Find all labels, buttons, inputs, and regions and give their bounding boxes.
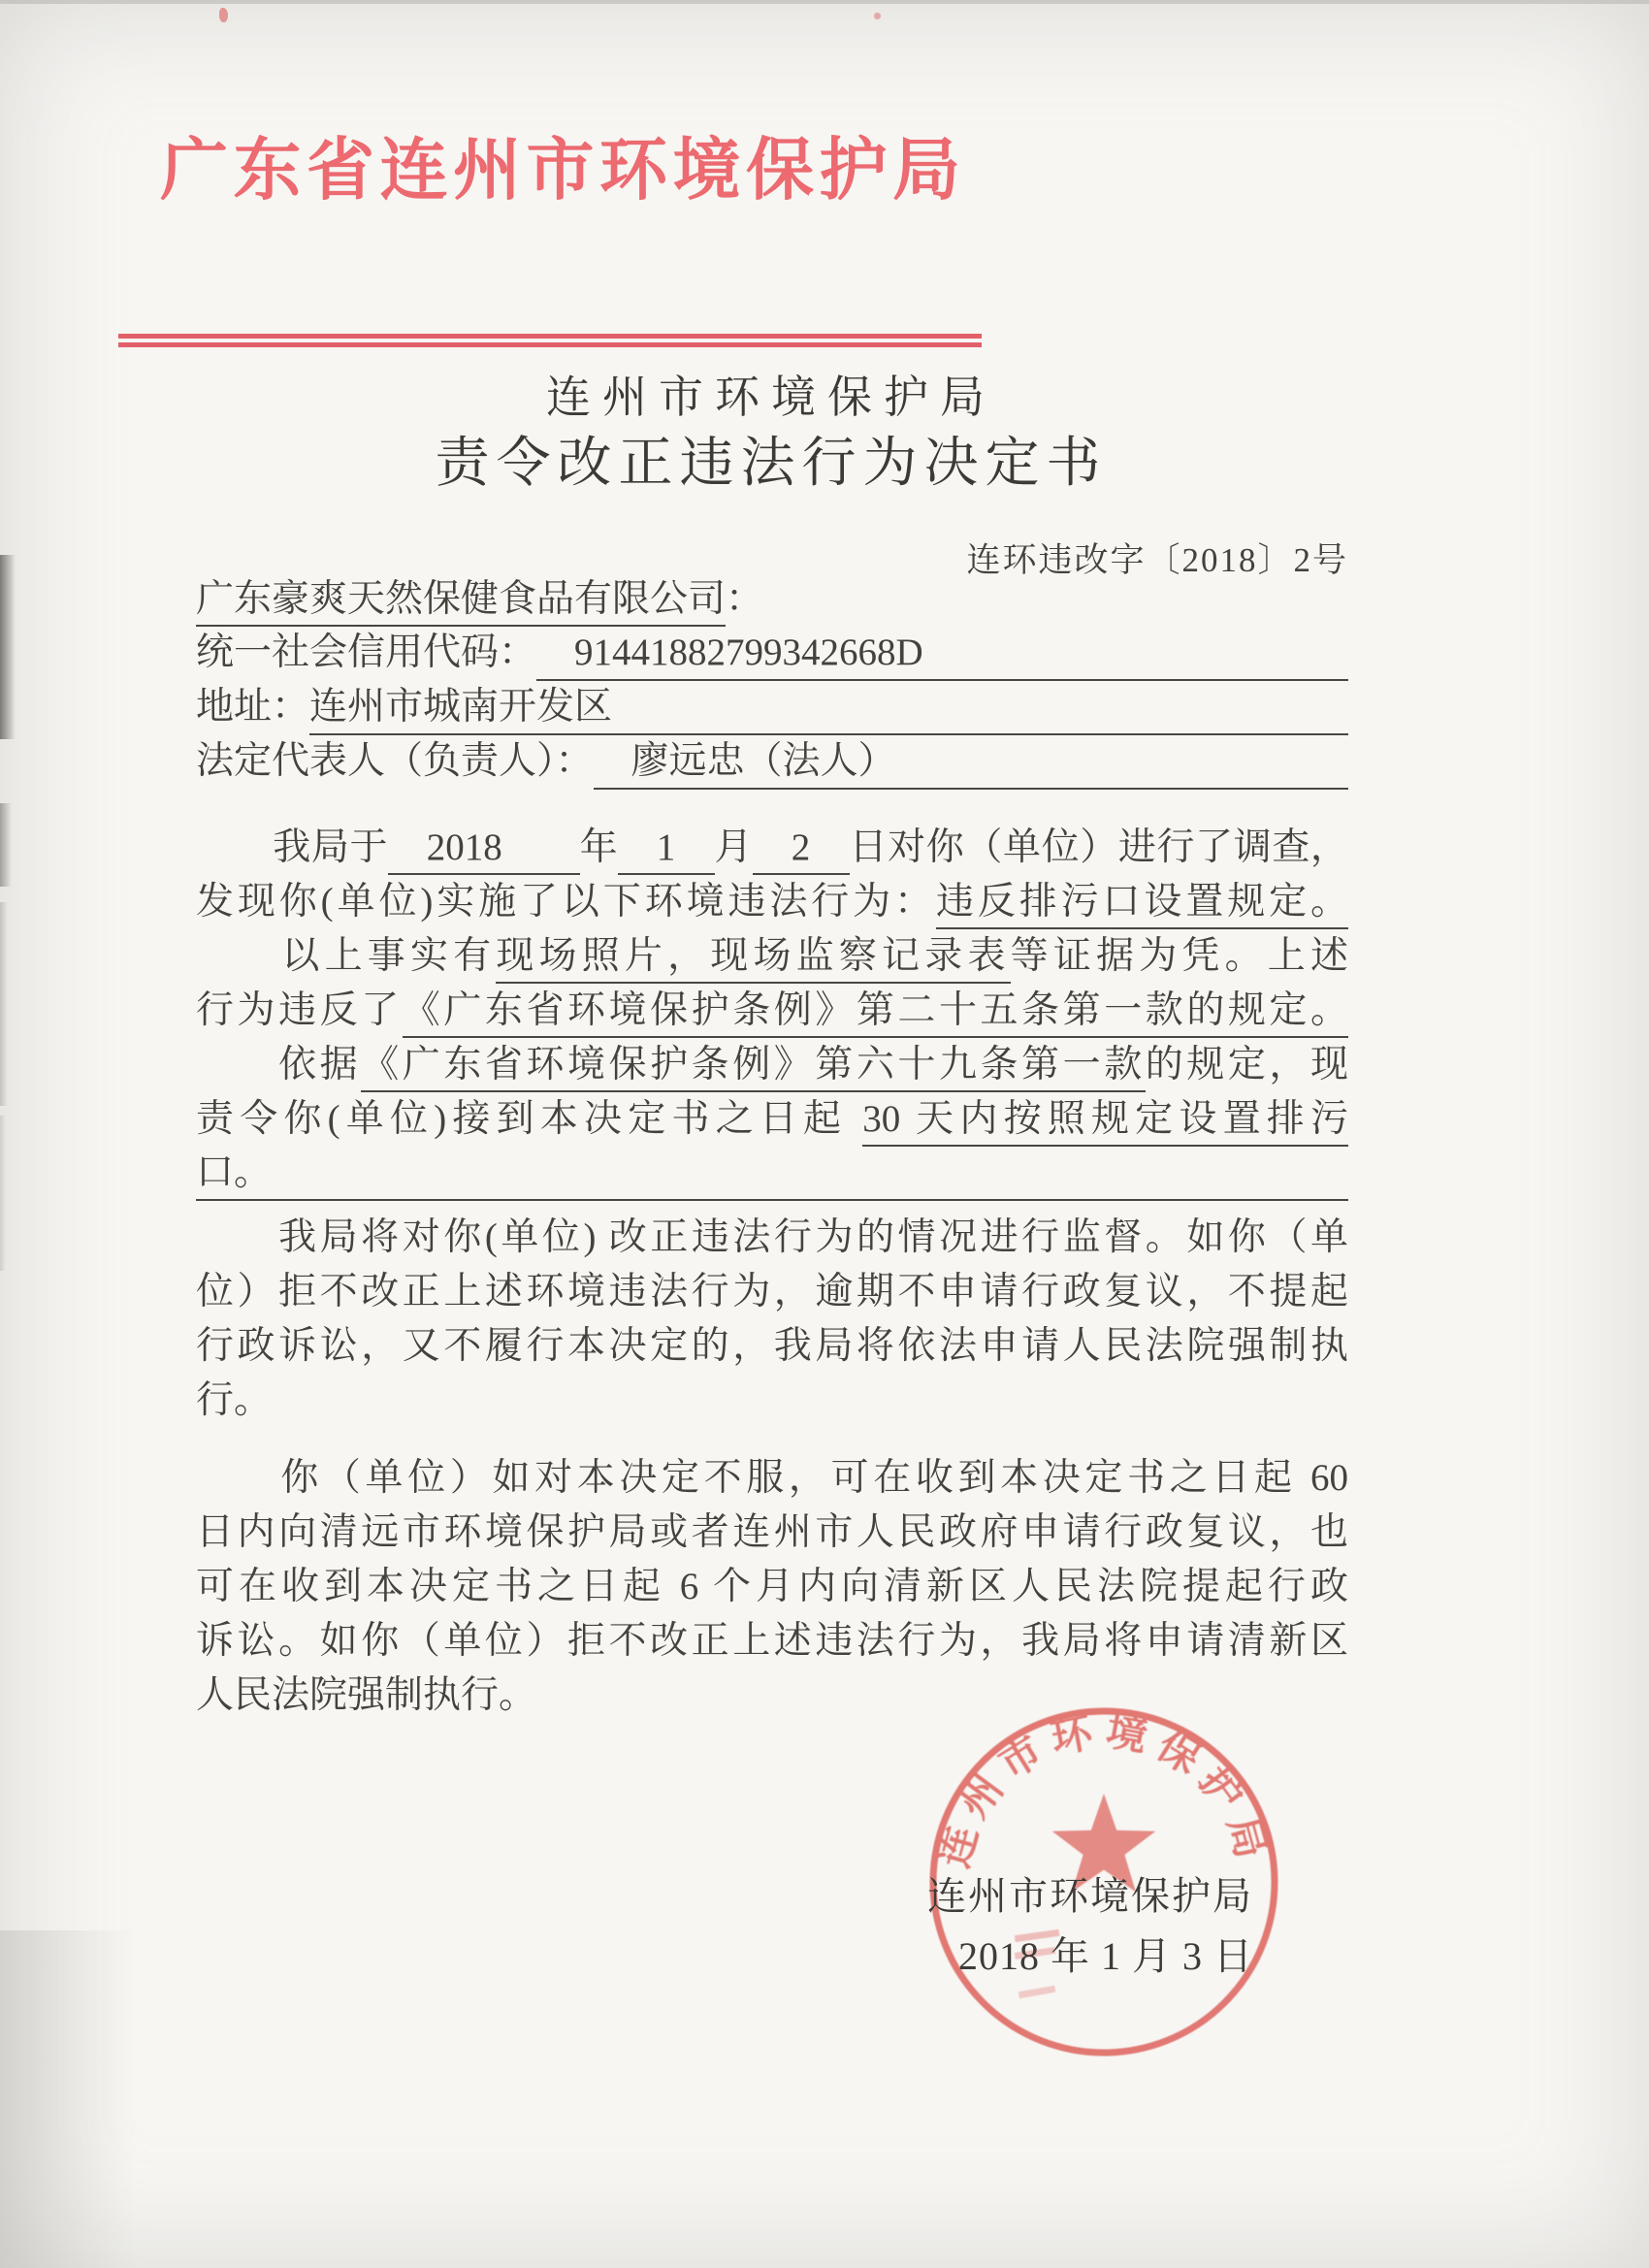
supervision-line-1: 我局将对你(单位) 改正违法行为的情况进行监督。如你（单	[196, 1211, 1348, 1265]
body-text: 月	[715, 826, 754, 868]
underlined-filled-text: 2	[753, 826, 849, 875]
scan-artifact-top-edge	[0, 0, 1649, 4]
scan-artifact-left-streak	[0, 555, 16, 739]
body-text: 以上事实有	[196, 935, 496, 977]
appeal-line-4: 诉讼。如你（单位）拒不改正上述违法行为，我局将申请清新区	[196, 1614, 1348, 1669]
body-text: 日内向清远市环境保护局或者连州市人民政府申请行政复议，也	[196, 1511, 1348, 1553]
evidence-line-1: 以上事实有现场照片，现场监察记录表等证据为凭。上述	[196, 929, 1348, 984]
body-text: 等证据为凭。上述	[1011, 935, 1348, 977]
underlined-filled-text: 口。	[196, 1147, 1348, 1201]
body-text: 法定代表人（负责人）：	[196, 735, 594, 790]
body-text: 行。	[196, 1379, 272, 1421]
investigation-line-1: 我局于 2018 年 1 月 2 日对你（单位）进行了调查，	[196, 821, 1348, 875]
body-text: 统一社会信用代码：	[196, 627, 536, 681]
underlined-filled-text: 1	[618, 826, 714, 875]
body-text: 日对你（单位）进行了调查，	[850, 826, 1348, 868]
underlined-filled-text: 连州市城南开发区	[309, 681, 1348, 735]
doc-title-line1: 连州市环境保护局	[194, 371, 1348, 425]
body-text: 责令你(单位)接到本决定书之日起	[196, 1098, 862, 1140]
letterhead-title: 广东省连州市环境保护局	[160, 118, 960, 225]
body-text: 我局将对你(单位) 改正违法行为的情况进行监督。如你（单	[196, 1216, 1348, 1258]
signature-date: 2018 年 1 月 3 日	[194, 1927, 1253, 1987]
doc-title-line2: 责令改正违法行为决定书	[194, 431, 1348, 497]
body-text: 的规定，现	[1146, 1044, 1348, 1085]
body-text: ：	[726, 578, 763, 620]
investigation-line-2: 发现你(单位)实施了以下环境违法行为：违反排污口设置规定。	[196, 875, 1348, 929]
supervision-line-4: 行。	[196, 1374, 1348, 1428]
evidence-line-2: 行为违反了《广东省环境保护条例》第二十五条第一款的规定。	[196, 984, 1348, 1038]
body-text: 依据	[196, 1044, 361, 1085]
order-line-2: 责令你(单位)接到本决定书之日起 30 天内按照规定设置排污	[196, 1092, 1348, 1147]
body-text: 地址：	[196, 681, 309, 735]
credit-code-line: 统一社会信用代码： 91441882799342668D	[196, 627, 1348, 681]
underlined-filled-text: 30 天内按照规定设置排污	[862, 1098, 1348, 1147]
rule-bottom-line	[118, 342, 982, 347]
body-text: 行政诉讼，又不履行本决定的，我局将依法申请人民法院强制执	[196, 1325, 1348, 1367]
body-text: 人民法院强制执行。	[196, 1674, 536, 1716]
body-text: 位）拒不改正上述环境违法行为，逾期不申请行政复议，不提起	[196, 1271, 1348, 1312]
underlined-filled-text: 廖远忠（法人）	[594, 735, 1348, 790]
body-text: 行为违反了	[196, 989, 403, 1031]
supervision-line-3: 行政诉讼，又不履行本决定的，我局将依法申请人民法院强制执	[196, 1319, 1348, 1374]
recipient-company: 广东豪爽天然保健食品有限公司：	[196, 572, 1348, 627]
address-line: 地址：连州市城南开发区	[196, 681, 1348, 735]
underlined-filled-text: 《广东省环境保护条例》第二十五条第一款的规定。	[403, 989, 1348, 1038]
underlined-filled-text: 2018	[388, 826, 579, 875]
signature-org: 连州市环境保护局	[194, 1866, 1253, 1927]
body-text: 年	[580, 826, 619, 868]
scan-artifact-left-streak	[0, 803, 12, 887]
body-text: 可在收到本决定书之日起 6 个月内向清新区人民法院提起行政	[196, 1566, 1348, 1607]
scan-artifact-bottom-smudge	[0, 1930, 136, 2268]
legal-representative-line: 法定代表人（负责人）： 廖远忠（法人）	[196, 735, 1348, 790]
underlined-filled-text: 广东豪爽天然保健食品有限公司	[196, 578, 726, 627]
scan-artifact-left-streak	[0, 1116, 6, 1271]
signature-block: 连州市环境保护局 2018 年 1 月 3 日	[194, 1866, 1348, 1987]
scan-artifact-red-speck	[219, 8, 228, 22]
underlined-filled-text: 《广东省环境保护条例》第六十九条第一款	[361, 1044, 1146, 1092]
underlined-filled-text: 91441882799342668D	[536, 627, 1348, 681]
supervision-line-2: 位）拒不改正上述环境违法行为，逾期不申请行政复议，不提起	[196, 1265, 1348, 1319]
letterhead-double-rule	[118, 334, 982, 347]
scanned-document-page: 广东省连州市环境保护局 连州市环境保护局 责令改正违法行为决定书 连环违改字〔2…	[0, 0, 1649, 2268]
order-line-1: 依据《广东省环境保护条例》第六十九条第一款的规定，现	[196, 1038, 1348, 1092]
scan-artifact-red-speck	[874, 13, 881, 19]
appeal-line-2: 日内向清远市环境保护局或者连州市人民政府申请行政复议，也	[196, 1506, 1348, 1560]
scan-artifact-left-streak	[0, 902, 8, 1106]
body-text: 我局于	[196, 826, 388, 868]
body-text: 发现你(单位)实施了以下环境违法行为：	[196, 881, 936, 923]
underlined-filled-text: 违反排污口设置规定。	[936, 881, 1348, 929]
document-body: 广东豪爽天然保健食品有限公司：统一社会信用代码： 914418827993426…	[196, 572, 1348, 1723]
order-line-3: 口。	[196, 1147, 1348, 1201]
appeal-line-1: 你（单位）如对本决定不服，可在收到本决定书之日起 60	[196, 1451, 1348, 1506]
body-text: 诉讼。如你（单位）拒不改正上述违法行为，我局将申请清新区	[196, 1620, 1348, 1662]
appeal-line-3: 可在收到本决定书之日起 6 个月内向清新区人民法院提起行政	[196, 1560, 1348, 1614]
underlined-filled-text: 现场照片，现场监察记录表	[496, 935, 1010, 984]
rule-top-line	[118, 334, 982, 339]
body-text: 你（单位）如对本决定不服，可在收到本决定书之日起 60	[196, 1457, 1348, 1499]
